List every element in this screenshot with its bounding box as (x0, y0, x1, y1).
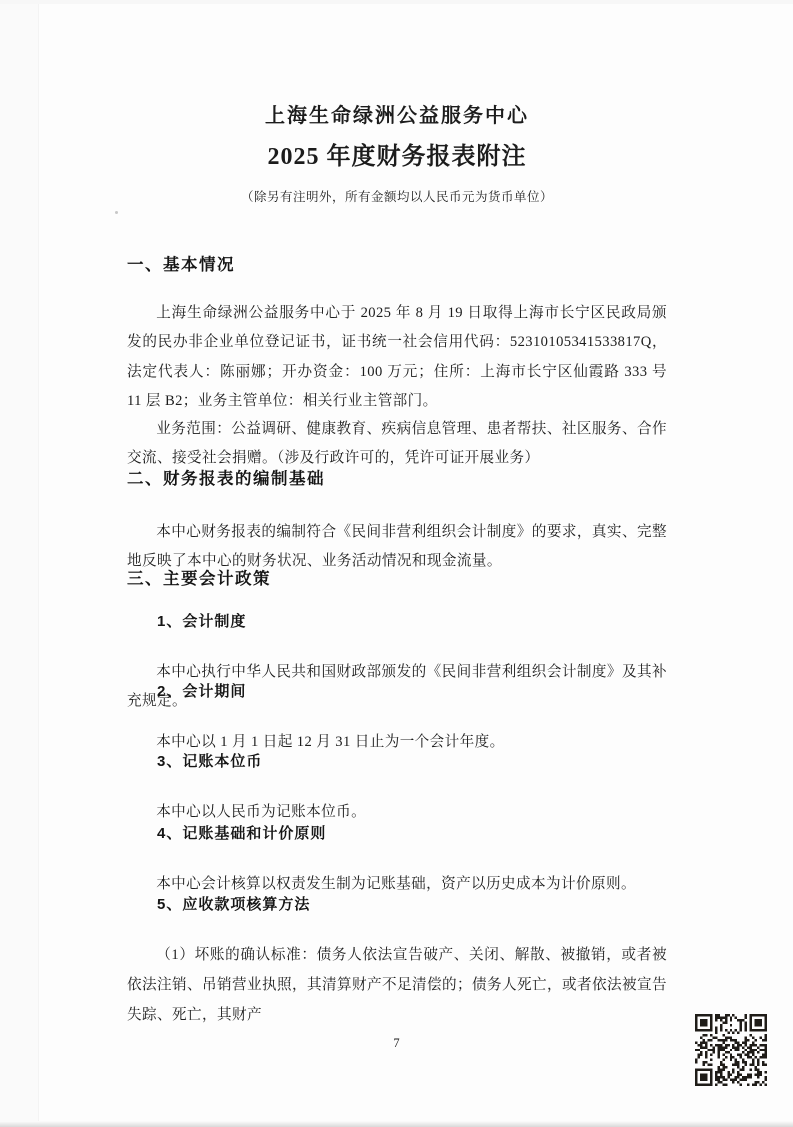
section-heading-accounting-policies: 三、主要会计政策 (127, 569, 667, 590)
qr-code-icon (695, 1013, 767, 1087)
subsection-heading-accounting-basis: 4、记账基础和计价原则 (127, 823, 697, 844)
paragraph-bad-debt-criteria: （1）坏账的确认标准：债务人依法宣告破产、关闭、解散、被撤销，或者被依法注销、吊… (127, 940, 667, 1030)
scan-top-edge (0, 0, 793, 4)
page-number: 7 (0, 1036, 793, 1051)
subsection-heading-functional-currency: 3、记账本位币 (127, 751, 697, 772)
currency-unit-note: （除另有注明外，所有金额均以人民币元为货币单位） (127, 189, 667, 205)
section-heading-preparation-basis: 二、财务报表的编制基础 (127, 469, 667, 490)
scan-speck-artifact (115, 211, 118, 214)
paragraph-registration-info: 上海生命绿洲公益服务中心于 2025 年 8 月 19 日取得上海市长宁区民政局… (127, 299, 667, 417)
document-page: 上海生命绿洲公益服务中心 2025 年度财务报表附注 （除另有注明外，所有金额均… (0, 0, 793, 1127)
subsection-heading-accounting-period: 2、会计期间 (127, 681, 697, 702)
scan-left-edge (0, 0, 39, 1127)
report-title: 2025 年度财务报表附注 (127, 141, 667, 173)
paragraph-business-scope: 业务范围：公益调研、健康教育、疾病信息管理、患者帮扶、社区服务、合作交流、接受社… (127, 415, 667, 474)
section-heading-basic-info: 一、基本情况 (127, 255, 667, 276)
subsection-heading-receivables-method: 5、应收款项核算方法 (127, 894, 697, 915)
subsection-heading-accounting-system: 1、会计制度 (127, 611, 697, 632)
paragraph-preparation-basis: 本中心财务报表的编制符合《民间非营利组织会计制度》的要求，真实、完整地反映了本中… (127, 518, 667, 577)
org-name-title: 上海生命绿洲公益服务中心 (127, 103, 667, 129)
scan-bottom-edge (0, 1121, 793, 1127)
